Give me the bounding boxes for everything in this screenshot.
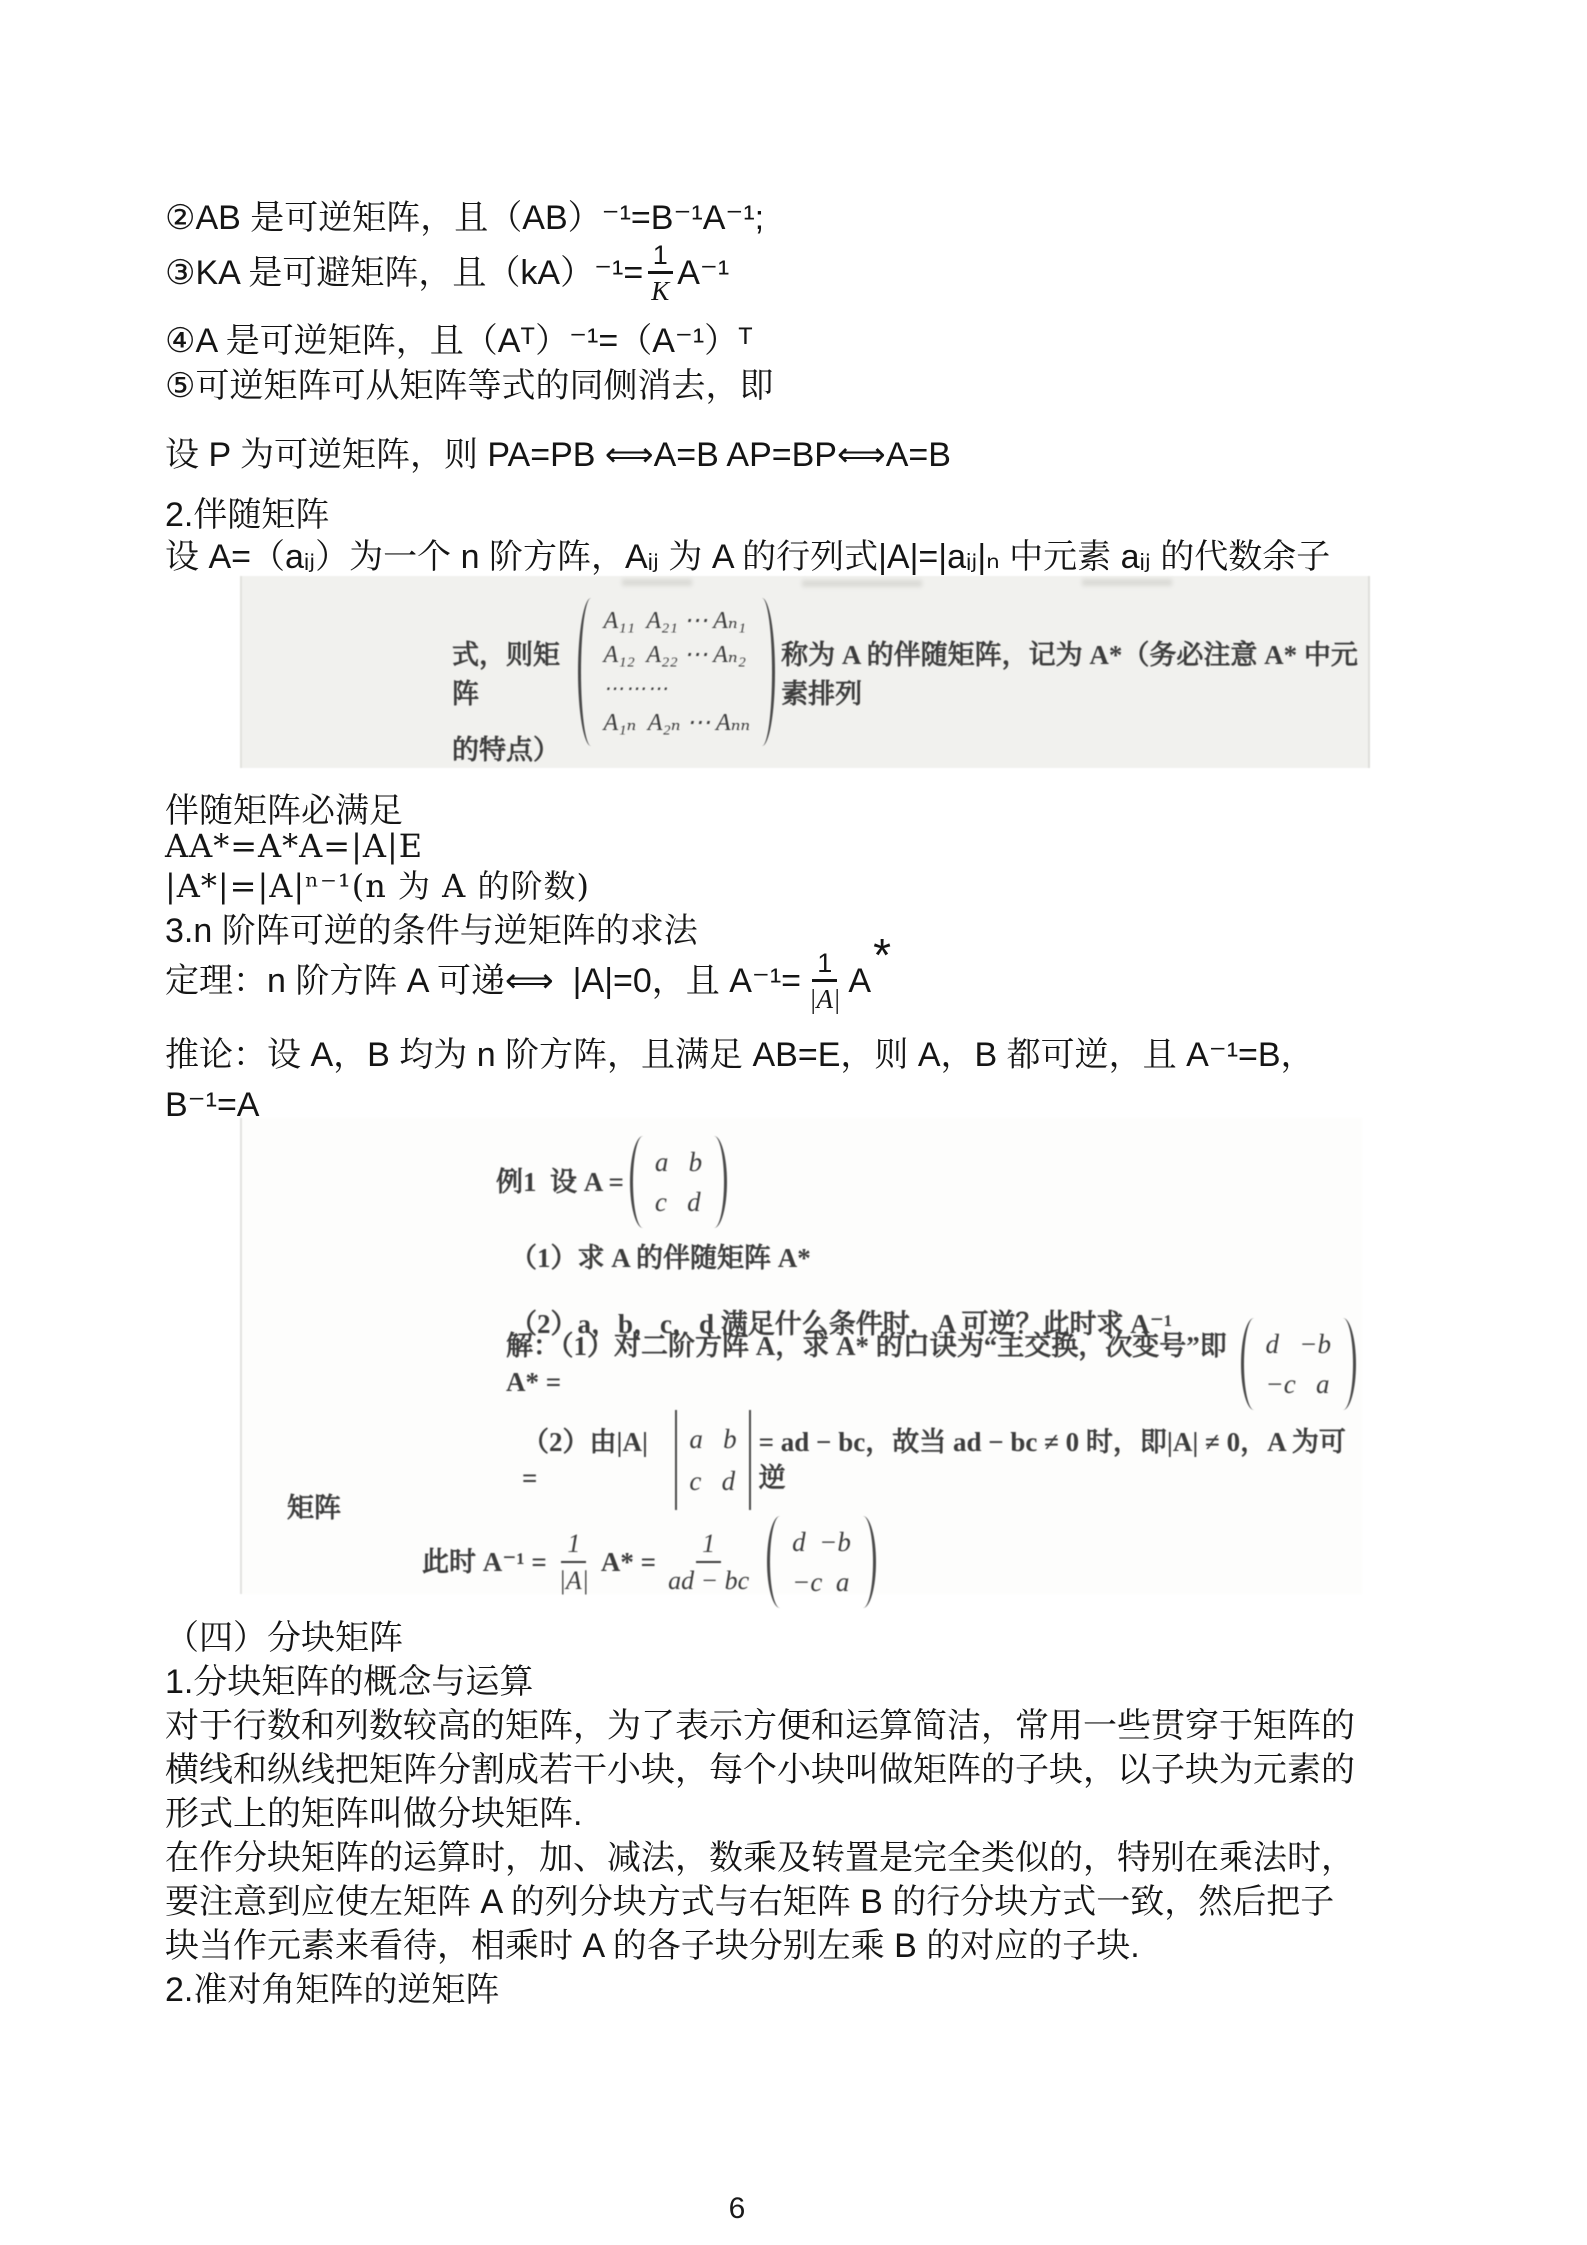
- solution-2-pre: （2）由|A| =: [522, 1424, 667, 1496]
- scan-artifact: [622, 579, 692, 586]
- scan-artifact: [802, 580, 922, 587]
- section-heading-adjoint: 2.伴随矩阵: [165, 492, 329, 538]
- solution-2-post: = ad − bc，故当 ad − bc ≠ 0 时，即|A| ≠ 0，A 为可…: [759, 1424, 1362, 1496]
- paren-right: [863, 1516, 876, 1608]
- example-label: 例1 设 A =: [496, 1164, 624, 1200]
- list-item-2: ②AB 是可逆矩阵，且（AB）⁻¹=B⁻¹A⁻¹;: [165, 195, 764, 241]
- paren-left: [578, 598, 591, 746]
- paren-right: [1343, 1318, 1356, 1410]
- list-item-5-text: ⑤可逆矩阵可从矩阵等式的同侧消去，即: [165, 367, 773, 405]
- corollary-line-1: 推论：设 A，B 均为 n 阶方阵，且满足 AB=E，则 A，B 都可逆，且 A…: [165, 1032, 1445, 1078]
- adjoint-equation-2: |A*|=|A|ⁿ⁻¹(n 为 A 的阶数): [165, 866, 590, 906]
- determinant-A: a b c d: [675, 1410, 750, 1510]
- fraction-one-over-ad-bc: 1 ad − bc: [662, 1529, 755, 1596]
- paren-left: [767, 1516, 780, 1608]
- matrix-row: a b: [655, 1142, 702, 1182]
- scanned-figure-adjoint-definition: 式，则矩阵 A₁₁ A₂₁ ⋯ Aₙ₁ A₁₂ A₂₂ ⋯ Aₙ₂ ⋯⋯⋯ A₁…: [240, 576, 1370, 768]
- paren-right: [762, 598, 775, 746]
- section-block-matrices: （四）分块矩阵 1.分块矩阵的概念与运算 对于行数和列数较高的矩阵，为了表示方便…: [165, 1616, 1445, 2012]
- page-number: 6: [0, 2192, 1474, 2226]
- figure-post-text: 称为 A 的伴随矩阵，记为 A*（务必注意 A* 中元素排列: [781, 633, 1368, 711]
- matrix-row: −c a: [792, 1562, 851, 1602]
- list-item-5: ⑤可逆矩阵可从矩阵等式的同侧消去，即: [165, 363, 773, 409]
- section-4-sub-1: 1.分块矩阵的概念与运算: [165, 1660, 1445, 1704]
- solution-part-1: 解：（1）对二阶方阵 A，求 A* 的口诀为“主交换，次变号”即 A* = d …: [506, 1318, 1362, 1410]
- determinant-row: c d: [689, 1460, 736, 1502]
- list-item-4-text: ④A 是可逆矩阵，且（Aᵀ）⁻¹=（A⁻¹）ᵀ: [165, 322, 753, 360]
- matrix-row: d −b: [1266, 1324, 1331, 1364]
- list-item-3: ③KA 是可避矩阵，且（kA）⁻¹= 1 K A⁻¹: [165, 240, 729, 306]
- fraction-numerator: 1: [648, 240, 673, 274]
- paragraph-line: 对于行数和列数较高的矩阵，为了表示方便和运算简洁，常用一些贯穿于矩阵的: [165, 1704, 1445, 1748]
- matrix-inverse-result: d −b −c a: [767, 1516, 876, 1608]
- list-item-4: ④A 是可逆矩阵，且（Aᵀ）⁻¹=（A⁻¹）ᵀ: [165, 318, 753, 364]
- matrix-row: A₁₂ A₂₂ ⋯ Aₙ₂: [603, 638, 750, 672]
- superscript-star: *: [873, 940, 891, 970]
- section-4-heading: （四）分块矩阵: [165, 1616, 1445, 1660]
- matrix-dots-row: ⋯⋯⋯: [603, 672, 750, 706]
- fraction-numerator: 1: [812, 948, 837, 982]
- figure-pre-text: 式，则矩阵: [452, 633, 572, 711]
- paren-left: [630, 1136, 643, 1228]
- fraction-denominator: K: [646, 274, 674, 306]
- theorem-text: 定理：n 阶方阵 A 可递⟺ |A|=0，且 A⁻¹=: [165, 958, 801, 1004]
- theorem-tail: A: [848, 958, 871, 1004]
- matrix-row: c d: [655, 1182, 702, 1222]
- paragraph-line: 在作分块矩阵的运算时，加、减法，数乘及转置是完全类似的，特别在乘法时，: [165, 1836, 1445, 1880]
- solution-2-continuation: 矩阵: [287, 1490, 341, 1526]
- example-statement: 例1 设 A = a b c d: [496, 1136, 733, 1228]
- final-inverse-formula: 此时 A⁻¹ = 1 |A| A* = 1 ad − bc d −b −c a: [422, 1516, 882, 1608]
- fraction-one-over-k: 1 K: [646, 240, 674, 306]
- invertible-cancellation-text: 设 P 为可逆矩阵，则 PA=PB ⟺A=B AP=BP⟺A=B: [165, 436, 951, 474]
- fraction-denominator: |A|: [804, 982, 845, 1014]
- matrix-A-star: d −b −c a: [1241, 1318, 1356, 1410]
- question-1: （1）求 A 的伴随矩阵 A*: [510, 1240, 811, 1276]
- scan-artifact: [1082, 579, 1172, 586]
- paren-left: [1241, 1318, 1254, 1410]
- paragraph-line: 横线和纵线把矩阵分割成若干小块，每个小块叫做矩阵的子块，以子块为元素的: [165, 1748, 1445, 1792]
- adjoint-matrix: A₁₁ A₂₁ ⋯ Aₙ₁ A₁₂ A₂₂ ⋯ Aₙ₂ ⋯⋯⋯ A₁ₙ A₂ₙ …: [578, 598, 775, 746]
- scanned-figure-example-1: 例1 设 A = a b c d （1）求 A 的伴随矩阵 A* （2）a，b，…: [240, 1118, 1362, 1594]
- adjoint-matrix-row: 式，则矩阵 A₁₁ A₂₁ ⋯ Aₙ₁ A₁₂ A₂₂ ⋯ Aₙ₂ ⋯⋯⋯ A₁…: [452, 598, 1368, 746]
- fraction-one-over-detA: 1 |A|: [804, 948, 845, 1014]
- final-mid: A* =: [601, 1544, 656, 1580]
- paren-right: [714, 1136, 727, 1228]
- final-pre: 此时 A⁻¹ =: [422, 1544, 547, 1580]
- fraction-one-over-detA: 1 |A|: [553, 1529, 595, 1596]
- list-item-3-text: ③KA 是可避矩阵，且（kA）⁻¹=: [165, 250, 643, 296]
- solution-1-text: 解：（1）对二阶方阵 A，求 A* 的口诀为“主交换，次变号”即 A* =: [506, 1328, 1235, 1400]
- matrix-row: A₁ₙ A₂ₙ ⋯ Aₙₙ: [603, 706, 750, 740]
- solution-part-2: （2）由|A| = a b c d = ad − bc，故当 ad − bc ≠…: [522, 1410, 1362, 1510]
- invertible-cancellation-line: 设 P 为可逆矩阵，则 PA=PB ⟺A=B AP=BP⟺A=B: [165, 432, 951, 478]
- matrix-row: −c a: [1266, 1364, 1331, 1404]
- adjoint-definition-line: 设 A=（aᵢⱼ）为一个 n 阶方阵，Aᵢⱼ 为 A 的行列式|A|=|aᵢⱼ|…: [165, 534, 1435, 580]
- list-item-2-text: ②AB 是可逆矩阵，且（AB）⁻¹=B⁻¹A⁻¹;: [165, 199, 764, 237]
- adjoint-equation-1: AA*=A*A=|A|E: [165, 826, 423, 866]
- matrix-A: a b c d: [630, 1136, 727, 1228]
- document-page: ②AB 是可逆矩阵，且（AB）⁻¹=B⁻¹A⁻¹; ③KA 是可避矩阵，且（kA…: [0, 0, 1587, 2245]
- list-item-3-tail: A⁻¹: [677, 250, 729, 296]
- matrix-row: A₁₁ A₂₁ ⋯ Aₙ₁: [603, 604, 750, 638]
- paragraph-line: 形式上的矩阵叫做分块矩阵.: [165, 1792, 1445, 1836]
- matrix-row: d −b: [792, 1522, 851, 1562]
- paragraph-line: 要注意到应使左矩阵 A 的列分块方式与右矩阵 B 的行分块方式一致，然后把子: [165, 1880, 1445, 1924]
- determinant-row: a b: [689, 1418, 736, 1460]
- section-4-sub-2: 2.准对角矩阵的逆矩阵: [165, 1968, 1445, 2012]
- figure-post-text-2: 的特点）: [452, 728, 560, 767]
- paragraph-line: 块当作元素来看待，相乘时 A 的各子块分别左乘 B 的对应的子块.: [165, 1924, 1445, 1968]
- theorem-line: 定理：n 阶方阵 A 可递⟺ |A|=0，且 A⁻¹= 1 |A| A *: [165, 948, 891, 1014]
